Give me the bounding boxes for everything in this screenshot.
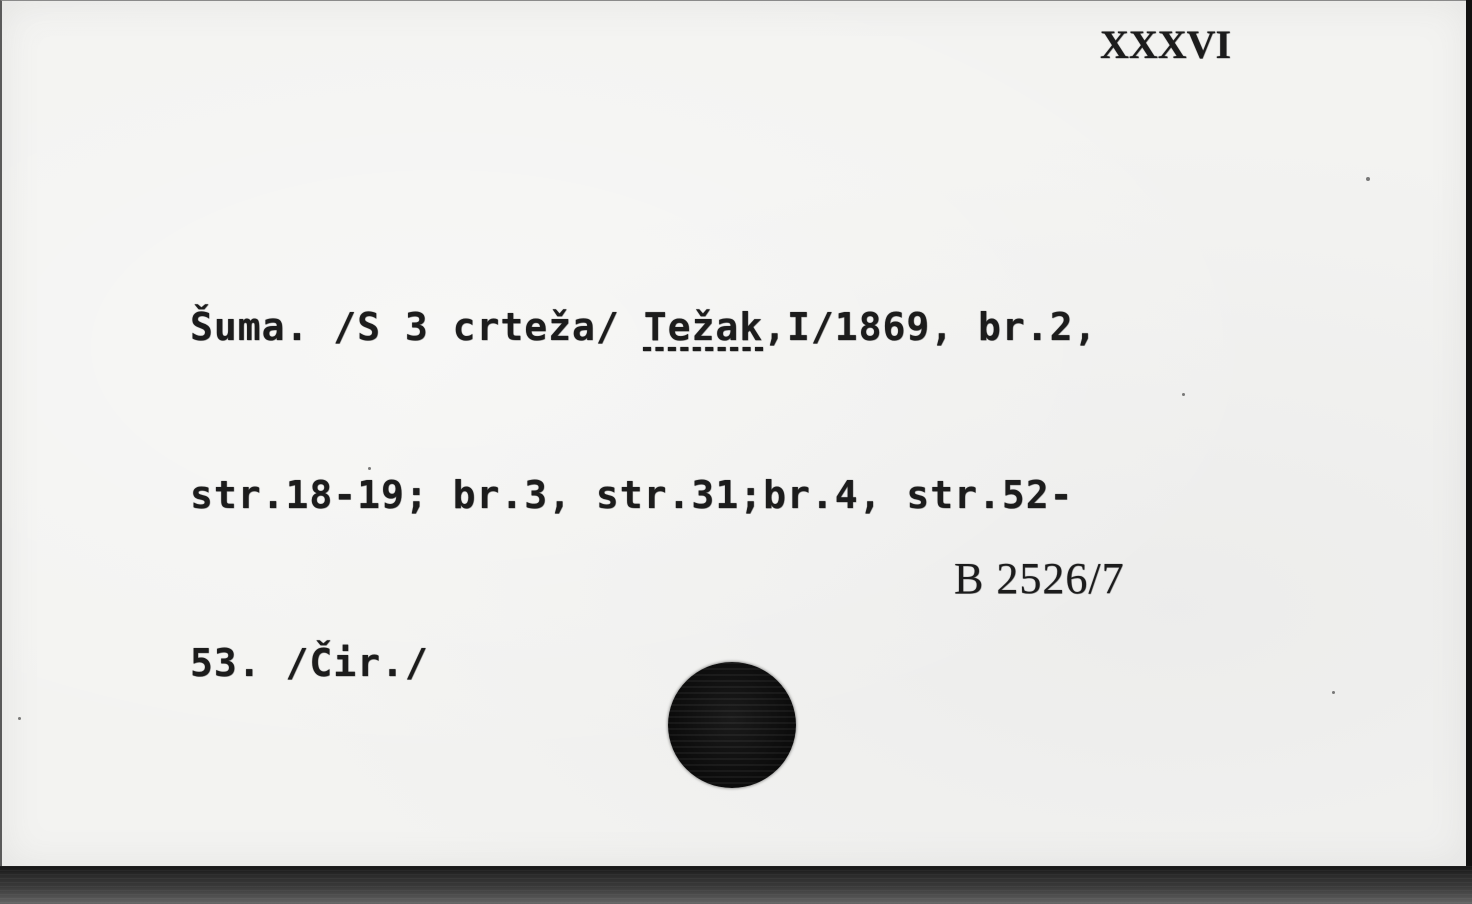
paper-speck bbox=[1182, 393, 1185, 396]
entry-line-3: 53. /Čir./ bbox=[190, 635, 1097, 691]
entry-title-and-note: Šuma. /S 3 crteža/ bbox=[190, 305, 644, 349]
paper-speck bbox=[1332, 691, 1335, 694]
accession-number: B 2526/7 bbox=[954, 553, 1125, 604]
entry-line-2: str.18-19; br.3, str.31;br.4, str.52- bbox=[190, 467, 1097, 523]
paper-speck bbox=[18, 717, 21, 720]
punch-hole bbox=[668, 662, 796, 788]
catalog-entry: Šuma. /S 3 crteža/ Težak,I/1869, br.2, s… bbox=[190, 187, 1097, 803]
call-number: XXXVI bbox=[1100, 21, 1231, 68]
scanner-edge-right bbox=[1466, 0, 1472, 904]
volume-issue-info: ,I/1869, br.2, bbox=[763, 305, 1097, 349]
scanned-catalog-card-image: XXXVI Šuma. /S 3 crteža/ Težak,I/1869, b… bbox=[0, 0, 1472, 904]
periodical-title: Težak bbox=[644, 305, 763, 349]
paper-speck bbox=[368, 467, 371, 470]
catalog-card: XXXVI Šuma. /S 3 crteža/ Težak,I/1869, b… bbox=[0, 0, 1468, 867]
scanner-edge-bottom bbox=[0, 866, 1472, 904]
entry-line-1: Šuma. /S 3 crteža/ Težak,I/1869, br.2, bbox=[190, 299, 1097, 355]
paper-speck bbox=[1366, 177, 1370, 181]
